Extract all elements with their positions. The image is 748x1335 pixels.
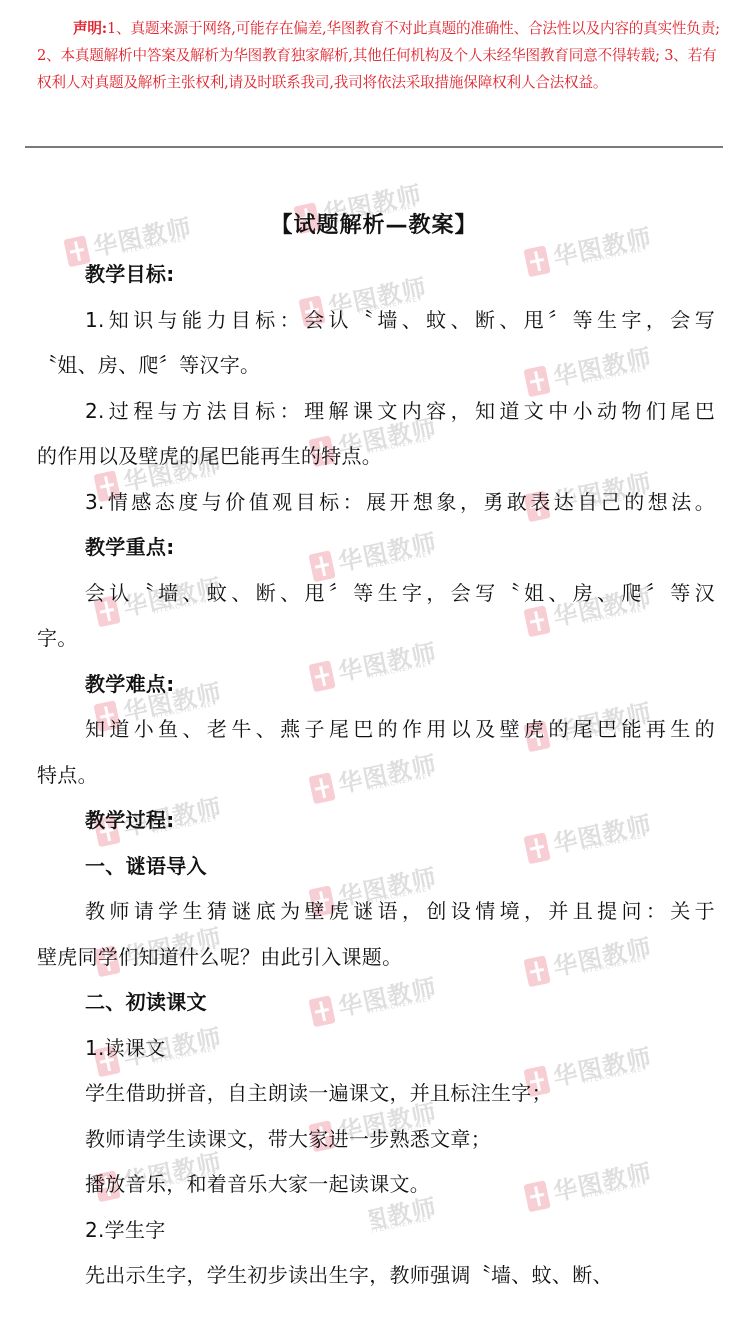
watermark-logo-icon	[308, 772, 335, 804]
disclaimer-label: 声明:	[73, 20, 107, 37]
watermark: 华图教师HTEACHER.NET	[521, 921, 668, 999]
step-1-item-1: 学生借助拼音，自主朗读一遍课文，并且标注生字；	[85, 1077, 552, 1106]
watermark: 华图教师HTEACHER.NET	[306, 961, 453, 1039]
objective-3: 3.情感态度与价值观目标：展开想象，勇敢表达自己的想法。	[85, 486, 715, 515]
watermark: 华图教师HTEACHER.NET	[521, 798, 668, 876]
objective-1-line-1: 1.知识与能力目标：会认〝墙、蚊、断、甩〞等生字，会写	[85, 304, 715, 333]
page-title: 【试题解析—教案】	[0, 208, 748, 239]
divider	[25, 146, 723, 148]
watermark-logo-icon	[523, 605, 550, 637]
watermark-logo-icon	[523, 832, 550, 864]
step-1-item-2: 教师请学生读课文，带大家进一步熟悉文章；	[85, 1123, 491, 1152]
watermark: 华图教师HTEACHER.NET	[306, 738, 453, 816]
disclaimer: 声明:1、真题来源于网络,可能存在偏差,华图教育不对此真题的准确性、合法性以及内…	[37, 15, 723, 96]
watermark-logo-icon	[523, 245, 550, 277]
heading-process: 教学过程:	[85, 804, 175, 833]
step-1-heading: 1.读课文	[85, 1032, 166, 1061]
key-points-line-1: 会认〝墙、蚊、断、甩〞等生字，会写〝姐、房、爬〞等汉	[85, 577, 715, 606]
objective-1-line-2: 〝姐、房、爬〞等汉字。	[37, 349, 260, 378]
heading-difficulties: 教学难点:	[85, 668, 175, 697]
watermark-logo-icon	[523, 1180, 550, 1212]
step-1-item-3: 播放音乐，和着音乐大家一起读课文。	[85, 1168, 430, 1197]
objective-2-line-2: 的作用以及壁虎的尾巴能再生的特点。	[37, 440, 382, 469]
watermark: 华图教师HTEACHER.NET	[521, 1146, 668, 1224]
heading-objectives: 教学目标:	[85, 258, 175, 287]
difficulties-line-2: 特点。	[37, 759, 98, 788]
disclaimer-text: 1、真题来源于网络,可能存在偏差,华图教育不对此真题的准确性、合法性以及内容的真…	[37, 20, 720, 91]
heading-section-1: 一、谜语导入	[85, 850, 207, 879]
watermark: 华图教师HTEACHER.NET	[306, 626, 453, 704]
step-2-line-1: 先出示生字，学生初步读出生字，教师强调〝墙、蚊、断、	[85, 1259, 613, 1288]
watermark-logo-icon	[308, 1215, 335, 1247]
key-points-line-2: 字。	[37, 622, 78, 651]
heading-key-points: 教学重点:	[85, 531, 175, 560]
heading-section-2: 二、初读课文	[85, 986, 207, 1015]
section-1-line-2: 壁虎同学们知道什么呢？由此引入课题。	[37, 941, 402, 970]
watermark-logo-icon	[308, 660, 335, 692]
section-1-line-1: 教师请学生猜谜底为壁虎谜语，创设情境，并且提问：关于	[85, 895, 715, 924]
difficulties-line-1: 知道小鱼、老牛、燕子尾巴的作用以及壁虎的尾巴能再生的	[85, 713, 715, 742]
watermark-logo-icon	[523, 955, 550, 987]
step-2-heading: 2.学生字	[85, 1214, 166, 1243]
objective-2-line-1: 2.过程与方法目标：理解课文内容，知道文中小动物们尾巴	[85, 395, 715, 424]
watermark-logo-icon	[308, 995, 335, 1027]
watermark-logo-icon	[523, 365, 550, 397]
